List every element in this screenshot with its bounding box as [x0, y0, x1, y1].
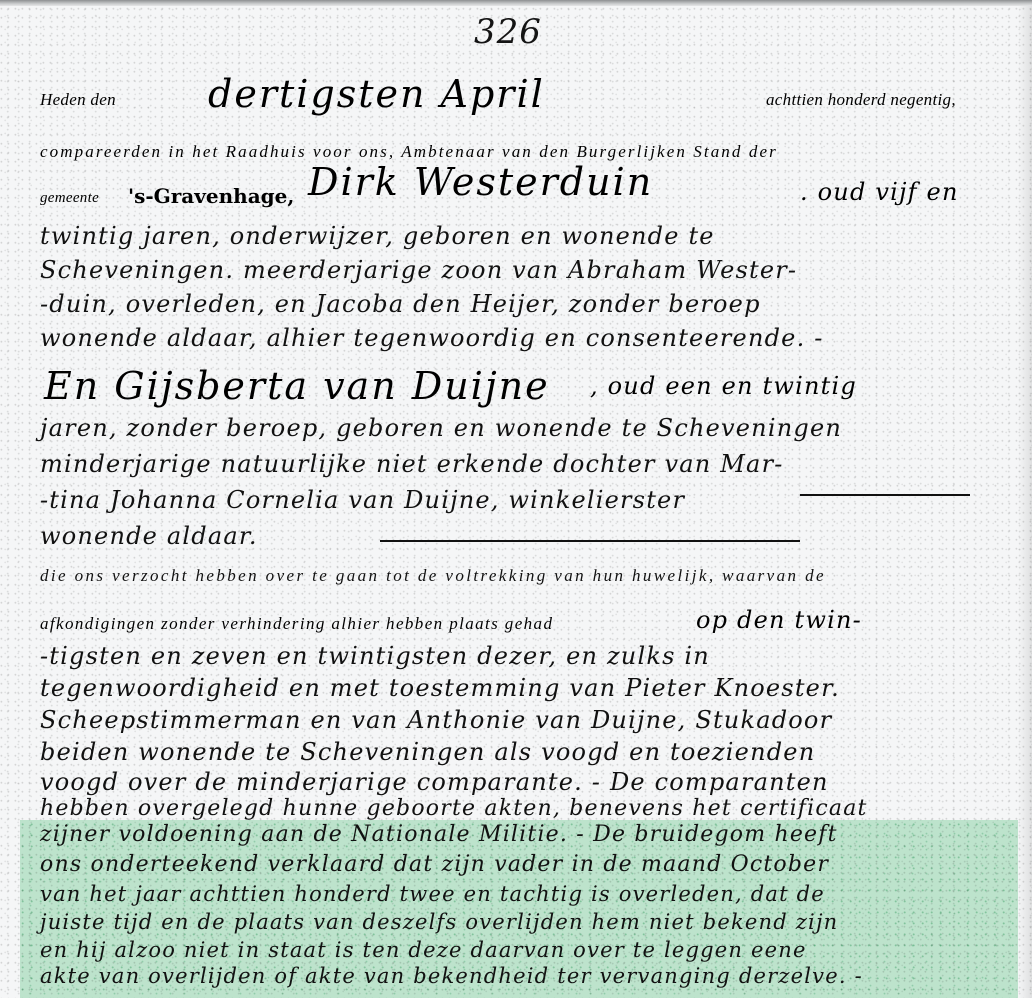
- record-line-24: juiste tijd en de plaats van deszelfs ov…: [40, 910, 838, 934]
- record-line-23: van het jaar achttien honderd twee en ta…: [40, 882, 825, 906]
- printed-text: gemeente: [40, 190, 99, 207]
- handwritten-date: dertigsten April: [208, 72, 545, 116]
- handwritten-text: . oud vijf en: [800, 178, 959, 206]
- record-line-10: minderjarige natuurlijke niet erkende do…: [40, 450, 784, 478]
- printed-text: Heden den: [40, 90, 116, 110]
- record-line-11: -tina Johanna Cornelia van Duijne, winke…: [40, 486, 685, 514]
- printed-text: achttien honderd negentig,: [766, 90, 956, 110]
- record-line-20: hebben overgelegd hunne geboorte akten, …: [40, 796, 868, 821]
- record-line-17: Scheepstimmerman en van Anthonie van Dui…: [40, 706, 832, 734]
- record-line-13: die ons verzocht hebben over te gaan tot…: [40, 566, 826, 586]
- printed-text: compareerden in het Raadhuis voor ons, A…: [40, 142, 778, 162]
- record-line-22: ons onderteekend verklaard dat zijn vade…: [40, 852, 829, 877]
- handwritten-text: op den twin-: [696, 606, 862, 634]
- record-line-21: zijner voldoening aan de Nationale Milit…: [40, 822, 838, 847]
- handwritten-text: , oud een en twintig: [590, 372, 857, 400]
- fill-line-rule: [380, 540, 800, 542]
- record-line-9: jaren, zonder beroep, geboren en wonende…: [40, 414, 842, 442]
- bride-name: En Gijsberta van Duijne: [44, 364, 550, 408]
- record-line-16: tegenwoordigheid en met toestemming van …: [40, 674, 840, 702]
- fill-line-rule: [800, 494, 970, 496]
- record-line-26: akte van overlijden of akte van bekendhe…: [40, 964, 863, 988]
- record-line-25: en hij alzoo niet in staat is ten deze d…: [40, 938, 807, 962]
- record-line-18: beiden wonende te Scheveningen als voogd…: [40, 738, 815, 766]
- municipality-name: 's-Gravenhage,: [128, 184, 294, 208]
- page-number: 326: [474, 12, 542, 52]
- record-line-15: -tigsten en zeven en twintigsten dezer, …: [40, 642, 710, 670]
- record-line-19: voogd over de minderjarige comparante. -…: [40, 768, 829, 796]
- record-line-4: twintig jaren, onderwijzer, geboren en w…: [40, 222, 715, 250]
- record-line-6: -duin, overleden, en Jacoba den Heijer, …: [40, 290, 761, 318]
- record-line-5: Scheveningen. meerderjarige zoon van Abr…: [40, 256, 797, 284]
- page-right-edge-shadow: [1018, 6, 1032, 998]
- record-line-12: wonende aldaar.: [40, 522, 258, 550]
- groom-name: Dirk Westerduin: [308, 160, 653, 204]
- record-line-7: wonende aldaar, alhier tegenwoordig en c…: [40, 324, 824, 352]
- printed-text: afkondigingen zonder verhindering alhier…: [40, 614, 553, 634]
